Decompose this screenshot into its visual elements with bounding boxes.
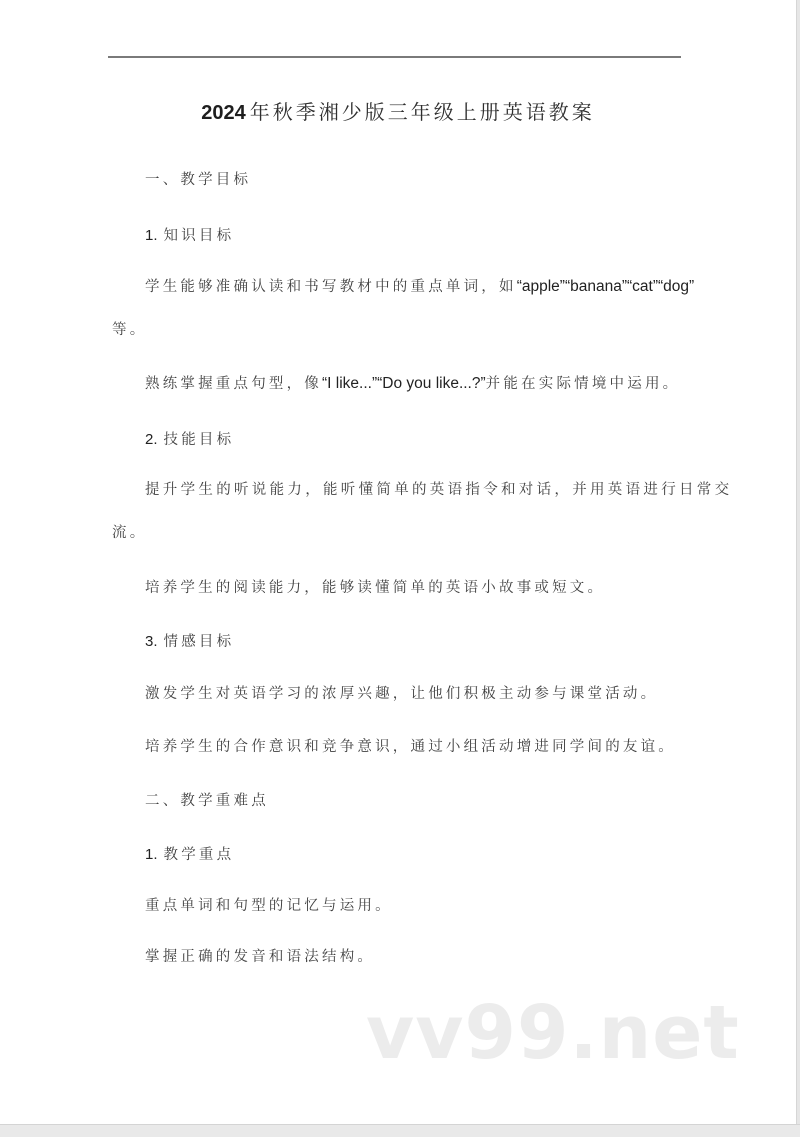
paragraph: 熟练掌握重点句型，像“I like...”“Do you like...?”并能…	[145, 372, 680, 393]
subsection-heading: 3.情感目标	[145, 630, 234, 651]
paragraph: 激发学生对英语学习的浓厚兴趣，让他们积极主动参与课堂活动。	[145, 682, 658, 703]
subsection-label: 教学重点	[164, 847, 235, 863]
paragraph: 培养学生的阅读能力，能够读懂简单的英语小故事或短文。	[145, 576, 605, 597]
paragraph: 掌握正确的发音和语法结构。	[145, 945, 375, 966]
page-frame-bottom	[0, 1124, 800, 1137]
document-page: 2024年秋季湘少版三年级上册英语教案 一、教学目标 1.知识目标 学生能够准确…	[0, 0, 796, 1124]
paragraph-text: 学生能够准确认读和书写教材中的重点单词，如	[145, 279, 517, 295]
paragraph: 重点单词和句型的记忆与运用。	[145, 894, 393, 915]
subsection-number: 3.	[145, 633, 158, 650]
english-words: “apple”“banana”“cat”“dog”	[517, 278, 694, 295]
english-sentences: “I like...”“Do you like...?”	[322, 375, 486, 392]
subsection-heading: 1.教学重点	[145, 843, 234, 864]
watermark: vv99.net	[366, 990, 740, 1076]
subsection-label: 知识目标	[164, 228, 235, 244]
subsection-label: 情感目标	[164, 634, 235, 650]
title-text: 年秋季湘少版三年级上册英语教案	[250, 100, 595, 124]
header-rule	[108, 56, 681, 58]
subsection-number: 2.	[145, 431, 158, 448]
subsection-number: 1.	[145, 846, 158, 863]
paragraph: 学生能够准确认读和书写教材中的重点单词，如“apple”“banana”“cat…	[145, 275, 681, 296]
paragraph-text: 熟练掌握重点句型，像	[145, 376, 322, 392]
paragraph: 培养学生的合作意识和竞争意识，通过小组活动增进同学间的友谊。	[145, 735, 676, 756]
paragraph-continuation: 等。	[112, 318, 147, 339]
subsection-number: 1.	[145, 227, 158, 244]
paragraph-continuation: 流。	[112, 521, 147, 542]
document-title: 2024年秋季湘少版三年级上册英语教案	[0, 96, 796, 125]
paragraph: 提升学生的听说能力，能听懂简单的英语指令和对话，并用英语进行日常交	[145, 478, 732, 499]
section-heading-1: 一、教学目标	[145, 168, 251, 189]
title-year: 2024	[201, 102, 246, 124]
subsection-label: 技能目标	[164, 432, 235, 448]
subsection-heading: 2.技能目标	[145, 428, 234, 449]
section-heading-2: 二、教学重难点	[145, 789, 269, 810]
page-frame-right	[796, 0, 800, 1137]
paragraph-text: 并能在实际情境中运用。	[486, 376, 681, 392]
subsection-heading: 1.知识目标	[145, 224, 234, 245]
